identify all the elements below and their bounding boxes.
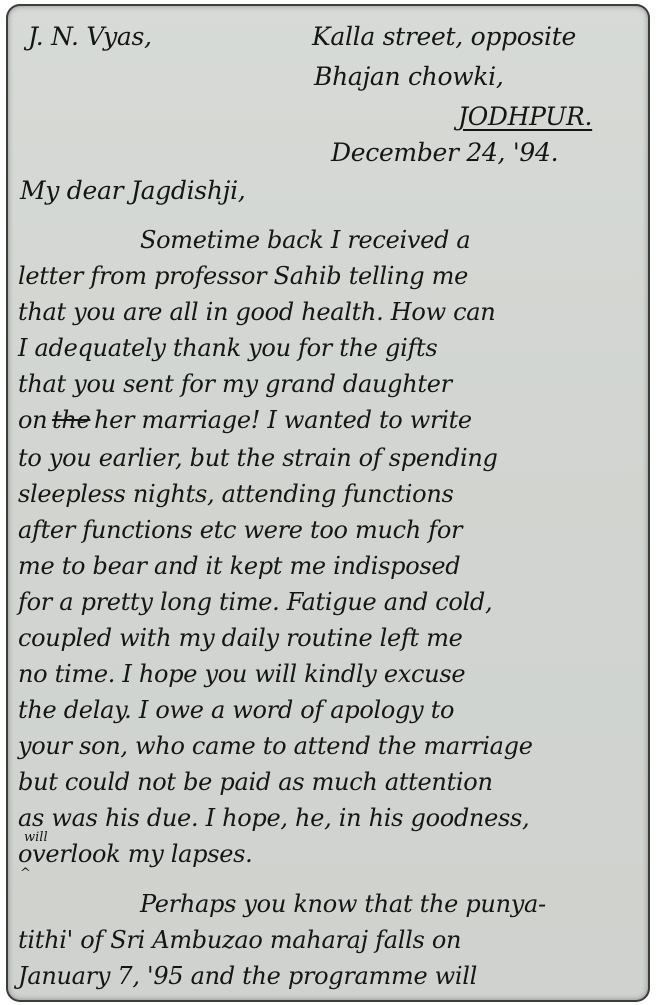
body-line: that you are all in good health. How can (18, 298, 495, 326)
body-line: but could not be paid as much attention (18, 768, 493, 796)
body-line-prefix: on (18, 406, 47, 434)
postcard: J. N. Vyas, Kalla street, opposite Bhaja… (6, 4, 650, 1002)
body-line: your son, who came to attend the marriag… (18, 732, 533, 760)
body-line: her marriage! I wanted to write (94, 406, 472, 434)
body-line: sleepless nights, attending functions (18, 480, 454, 508)
body-line: me to bear and it kept me indisposed (18, 552, 460, 580)
address-city: JODHPUR. (458, 102, 592, 131)
insertion-caret: ^ (20, 866, 31, 881)
body-line: tithi' of Sri Ambuzao maharaj falls on (18, 926, 461, 954)
struck-word: the (52, 406, 90, 434)
body-line: for a pretty long time. Fatigue and cold… (18, 588, 492, 616)
body-line: the delay. I owe a word of apology to (18, 696, 454, 724)
body-line: as was his due. I hope, he, in his goodn… (18, 804, 529, 832)
body-line: Perhaps you know that the punya- (140, 890, 546, 918)
body-line: to you earlier, but the strain of spendi… (18, 444, 498, 472)
body-line: after functions etc were too much for (18, 516, 462, 544)
body-line: Sometime back I received a (140, 226, 470, 254)
body-line: I adequately thank you for the gifts (18, 334, 437, 362)
sender-name: J. N. Vyas, (28, 22, 152, 51)
address-line-1: Kalla street, opposite (312, 22, 576, 51)
letter-date: December 24, '94. (331, 138, 558, 167)
address-line-2: Bhajan chowki, (314, 62, 504, 91)
salutation: My dear Jagdishji, (20, 176, 245, 205)
body-line: January 7, '95 and the programme will (18, 962, 477, 990)
body-line: coupled with my daily routine left me (18, 624, 463, 652)
body-line: no time. I hope you will kindly excuse (18, 660, 465, 688)
body-line: letter from professor Sahib telling me (18, 262, 468, 290)
body-line: overlook my lapses. (18, 840, 253, 868)
body-line: that you sent for my grand daughter (18, 370, 452, 398)
